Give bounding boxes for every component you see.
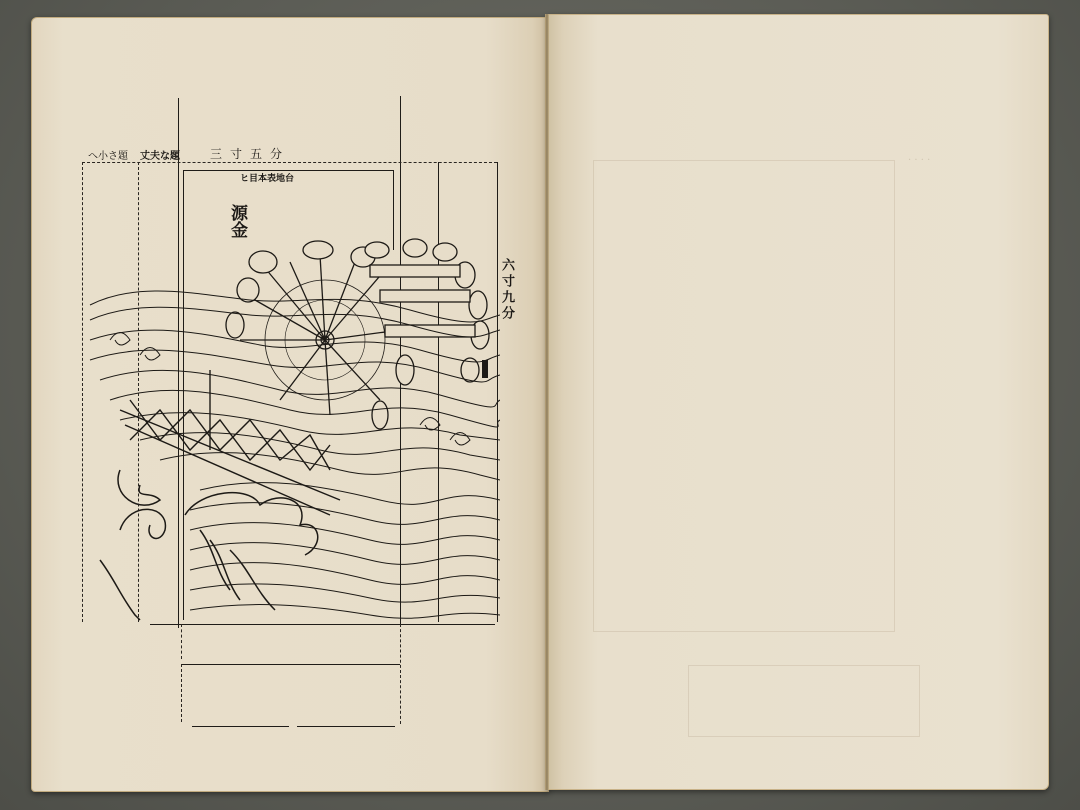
top-frame-line bbox=[82, 162, 497, 163]
annotation-large-title: 丈夫な題 bbox=[140, 147, 180, 162]
waterwheel-icon bbox=[226, 239, 489, 429]
show-through-text: · · · · bbox=[908, 155, 930, 166]
show-through-frame bbox=[593, 160, 895, 632]
height-measure-label: 六寸九分 bbox=[500, 258, 513, 322]
lower-box-top bbox=[181, 664, 400, 665]
lower-connector-right bbox=[400, 624, 401, 724]
lower-box-left bbox=[181, 664, 182, 722]
lower-connector-left bbox=[181, 624, 182, 659]
book-gutter bbox=[545, 14, 549, 790]
right-page: · · · · bbox=[547, 14, 1049, 790]
curling-surf-icon bbox=[100, 470, 318, 620]
annotation-small-title: へ小さ題 bbox=[88, 147, 128, 162]
lower-box-bottom-b bbox=[297, 726, 395, 727]
open-book: · · · · へ小さ題 丈夫な題 三寸五分 ヒ目本表地台 源金 六寸九分 bbox=[0, 0, 1080, 810]
annotation-width-measure: 三寸五分 bbox=[210, 145, 290, 162]
show-through-box bbox=[688, 665, 920, 737]
lower-box-bottom-a bbox=[192, 726, 289, 727]
ink-block bbox=[482, 360, 488, 378]
waterwheel-waves-illustration bbox=[80, 170, 500, 625]
